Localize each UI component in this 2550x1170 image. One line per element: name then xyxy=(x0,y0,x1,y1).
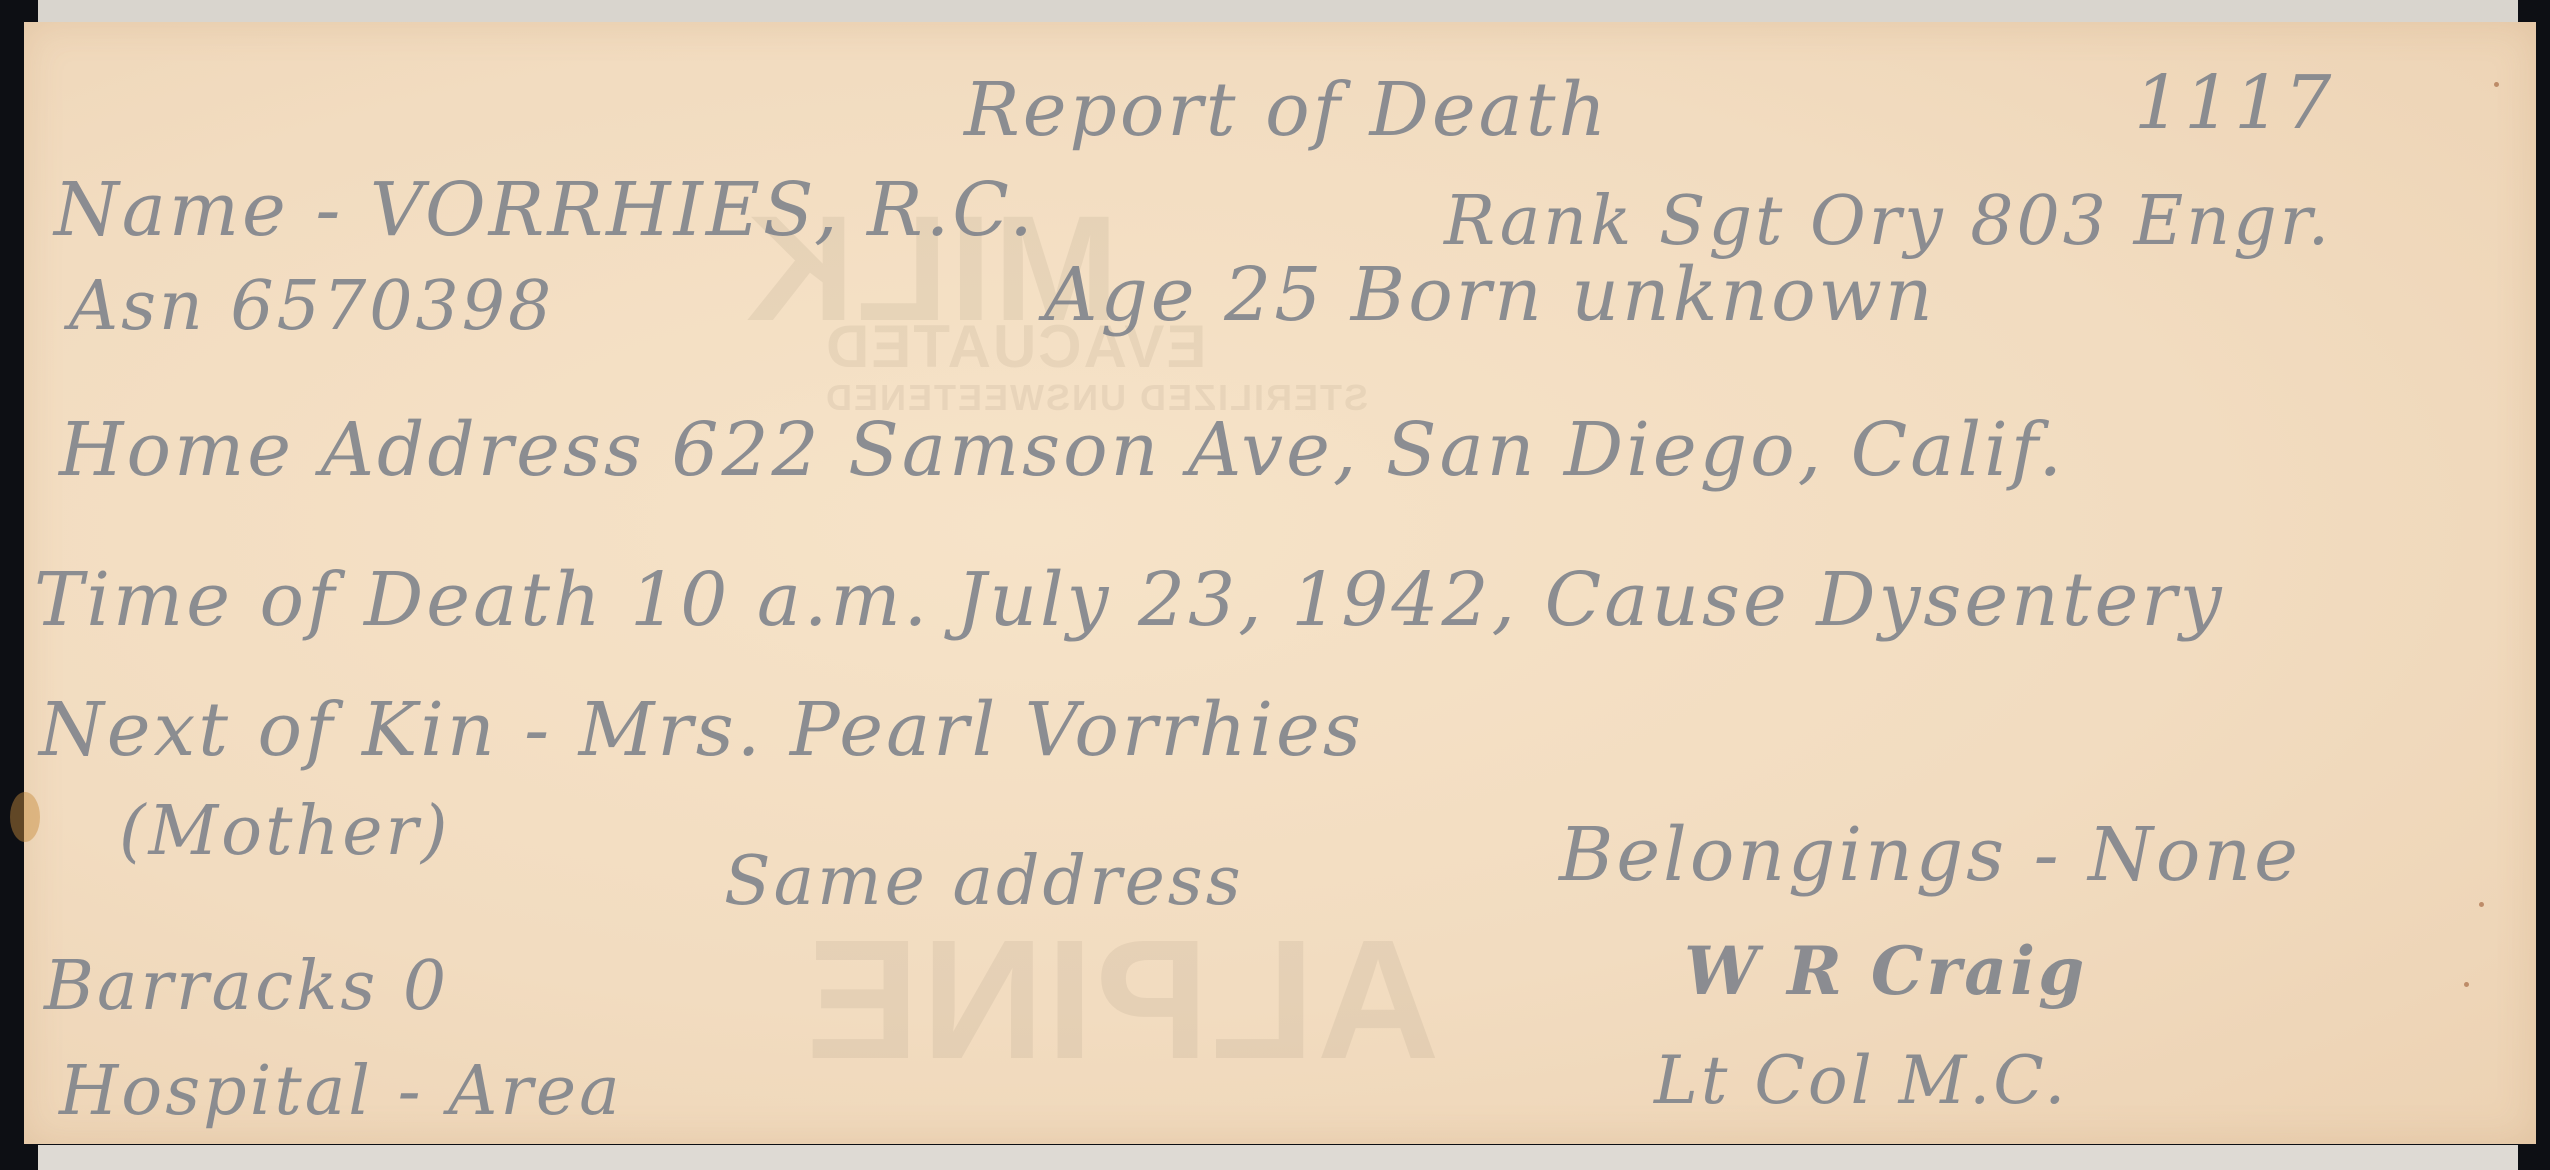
field-belongings: Belongings - None xyxy=(1559,812,2301,898)
bleed-through-print: ALPINE xyxy=(804,902,1439,1098)
field-time-cause: Time of Death 10 a.m. July 23, 1942, Cau… xyxy=(34,557,2225,643)
field-home-address: Home Address 622 Samson Ave, San Diego, … xyxy=(59,407,2065,493)
field-name: Name - VORRHIES, R.C. xyxy=(54,167,1036,253)
speck xyxy=(2464,982,2469,987)
death-report-card: MILK EVACUATED STERILIZED UNSWEETENED AL… xyxy=(24,22,2536,1144)
stain xyxy=(10,792,40,842)
field-age-born: Age 25 Born unknown xyxy=(1044,252,1936,338)
field-barracks: Barracks 0 xyxy=(44,947,449,1026)
field-rank: Rank Sgt Ory 803 Engr. xyxy=(1444,182,2332,261)
signature-title: Lt Col M.C. xyxy=(1654,1042,2068,1119)
field-hospital: Hospital - Area xyxy=(59,1052,623,1131)
field-relationship: (Mother) xyxy=(119,792,451,871)
speck xyxy=(2494,82,2499,87)
field-kin-address: Same address xyxy=(724,842,1244,921)
backing-paper-top xyxy=(38,0,2518,22)
report-number: 1117 xyxy=(2134,60,2334,146)
report-title: Report of Death xyxy=(964,67,1609,153)
backing-paper-bottom xyxy=(38,1145,2518,1170)
speck xyxy=(2479,902,2484,907)
field-next-of-kin: Next of Kin - Mrs. Pearl Vorrhies xyxy=(39,687,1364,773)
signature-name: W R Craig xyxy=(1684,932,2087,1010)
field-asn: Asn 6570398 xyxy=(69,267,554,346)
